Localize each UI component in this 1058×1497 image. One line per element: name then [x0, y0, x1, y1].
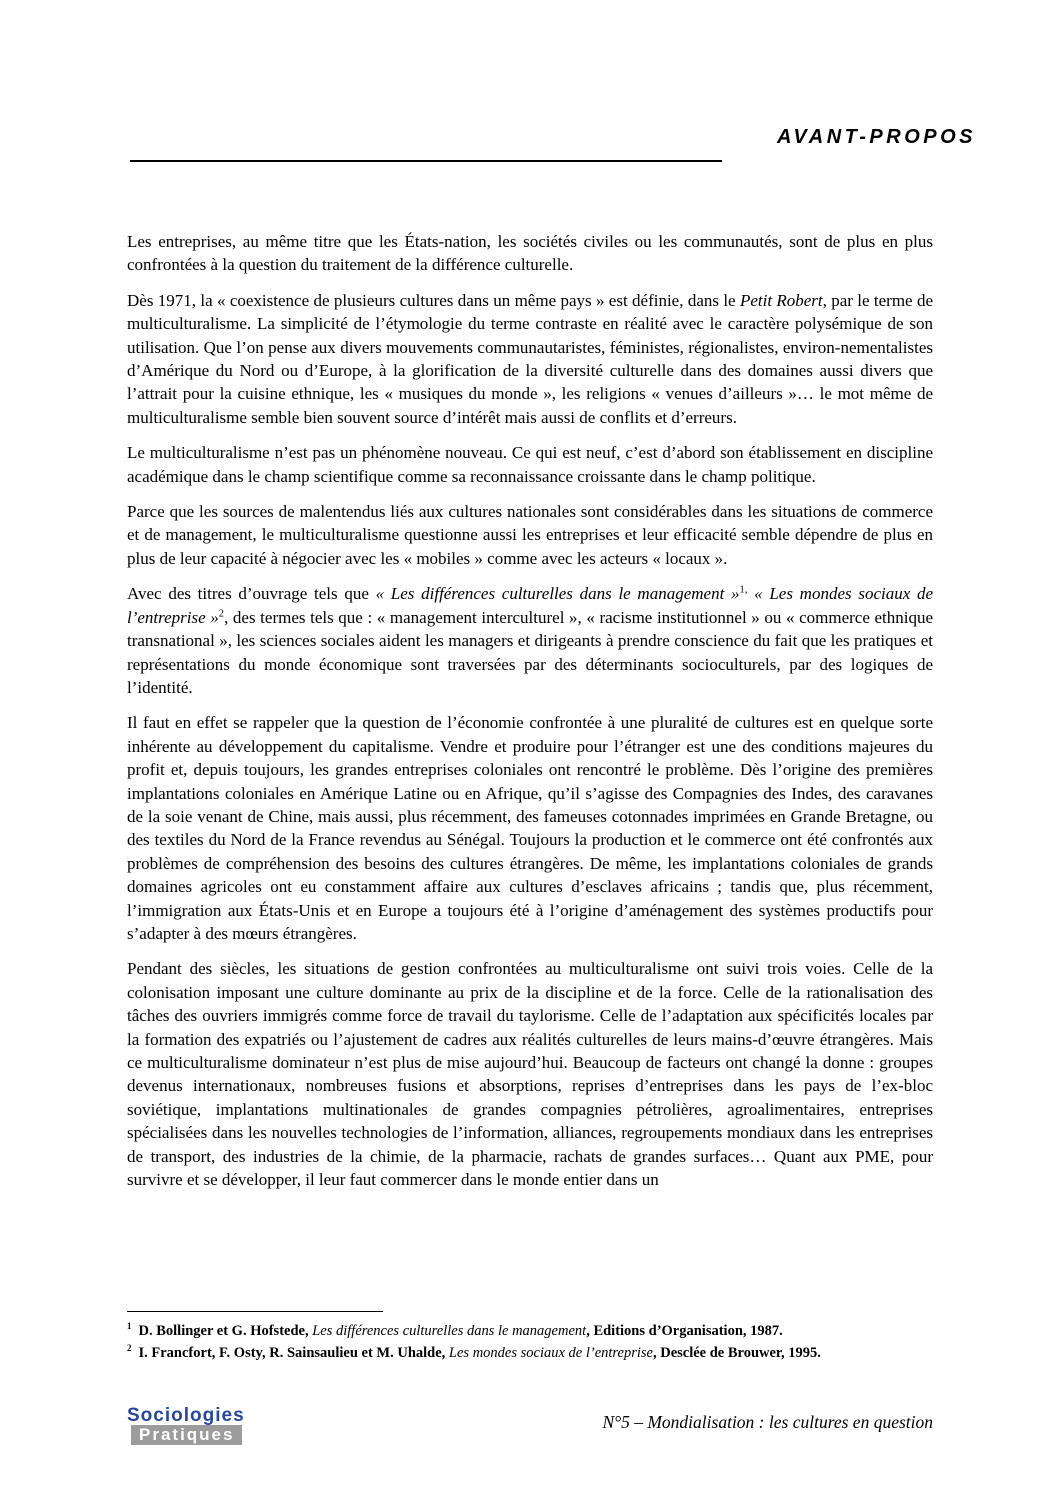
journal-issue-reference: N°5 – Mondialisation : les cultures en q…	[602, 1406, 933, 1433]
footnotes-section: 1D. Bollinger et G. Hofstede, Les différ…	[127, 1311, 933, 1364]
text-segment: Avec des titres d’ouvrage tels que	[127, 584, 376, 603]
footnote-1: 1D. Bollinger et G. Hofstede, Les différ…	[127, 1321, 933, 1343]
logo-sociologies-text: Sociologies	[127, 1406, 245, 1425]
document-page: AVANT-PROPOS Les entreprises, au même ti…	[0, 0, 1058, 1497]
text-segment: D. Bollinger et G. Hofstede,	[139, 1323, 313, 1339]
text-segment: Parce que les sources de malentendus lié…	[127, 502, 933, 568]
footnote-2: 2I. Francfort, F. Osty, R. Sainsaulieu e…	[127, 1343, 933, 1365]
text-segment: Dès 1971, la « coexistence de plusieurs …	[127, 291, 740, 310]
footnote-2-text: I. Francfort, F. Osty, R. Sainsaulieu et…	[139, 1345, 821, 1361]
paragraph-4: Parce que les sources de malentendus lié…	[127, 500, 933, 570]
text-segment: I. Francfort, F. Osty, R. Sainsaulieu et…	[139, 1345, 449, 1361]
text-segment: , des termes tels que : « management int…	[127, 608, 933, 697]
page-footer: Sociologies Pratiques N°5 – Mondialisati…	[127, 1406, 933, 1445]
text-segment: « Les différences culturelles dans le ma…	[376, 584, 740, 603]
paragraph-5: Avec des titres d’ouvrage tels que « Les…	[127, 582, 933, 699]
journal-logo: Sociologies Pratiques	[127, 1406, 245, 1445]
logo-pratiques-badge: Pratiques	[131, 1425, 242, 1445]
text-segment: Il faut en effet se rappeler que la ques…	[127, 713, 933, 943]
text-segment: Pendant des siècles, les situations de g…	[127, 959, 933, 1189]
text-segment: Les entreprises, au même titre que les É…	[127, 232, 933, 274]
footnote-1-text: D. Bollinger et G. Hofstede, Les différe…	[139, 1323, 783, 1339]
paragraph-7: Pendant des siècles, les situations de g…	[127, 957, 933, 1191]
footnote-1-number: 1	[127, 1321, 132, 1331]
body-text: Les entreprises, au même titre que les É…	[127, 230, 933, 1203]
text-segment: Le multiculturalisme n’est pas un phénom…	[127, 443, 933, 485]
text-segment: , par le terme de multiculturalisme. La …	[127, 291, 933, 427]
text-segment: Les différences culturelles dans le mana…	[312, 1323, 586, 1339]
page-title: AVANT-PROPOS	[777, 126, 976, 149]
paragraph-3: Le multiculturalisme n’est pas un phénom…	[127, 441, 933, 488]
header-rule	[130, 160, 722, 162]
footnote-2-number: 2	[127, 1343, 132, 1353]
paragraph-2: Dès 1971, la « coexistence de plusieurs …	[127, 289, 933, 429]
text-segment: Petit Robert	[740, 291, 823, 310]
paragraph-1: Les entreprises, au même titre que les É…	[127, 230, 933, 277]
footnote-separator	[127, 1311, 383, 1312]
text-segment: , Desclée de Brouwer, 1995.	[653, 1345, 821, 1361]
text-segment: Les mondes sociaux de l’entreprise	[449, 1345, 653, 1361]
paragraph-6: Il faut en effet se rappeler que la ques…	[127, 711, 933, 945]
text-segment: , Editions d’Organisation, 1987.	[586, 1323, 783, 1339]
